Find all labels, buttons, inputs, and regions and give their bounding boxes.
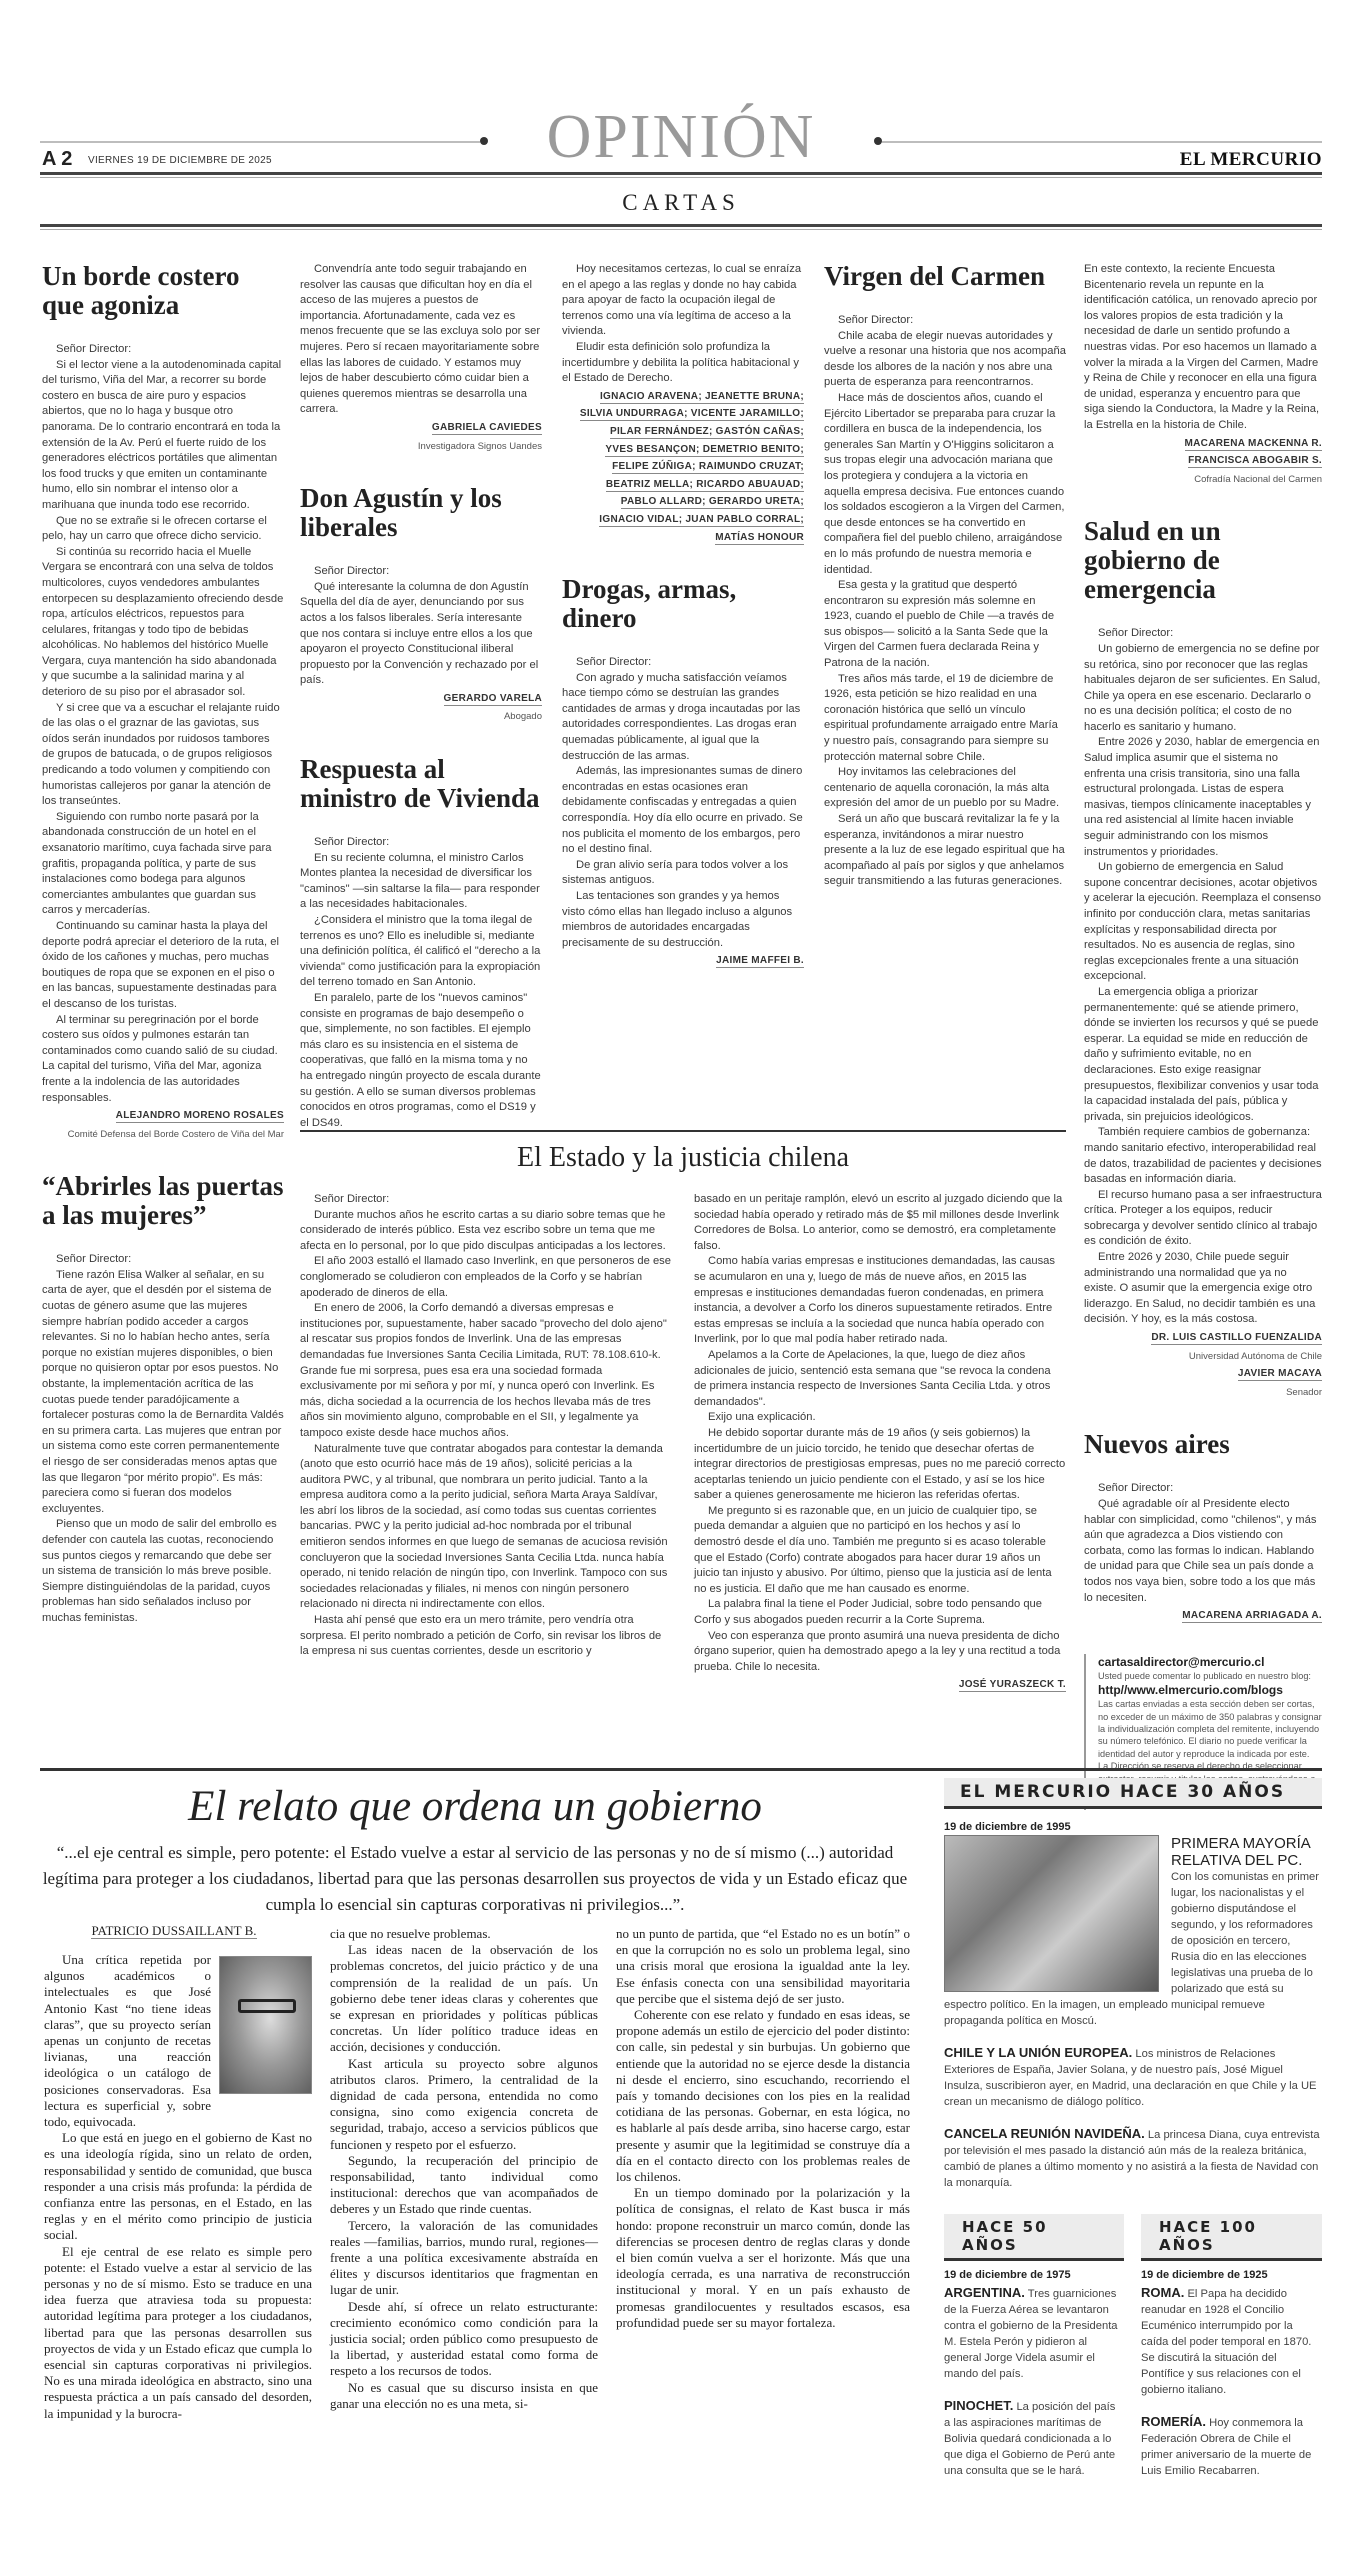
paragraph: Chile acaba de elegir nuevas autoridades… [824,329,1066,391]
letter-borde-costero: Un borde costero que agoniza Señor Direc… [42,262,284,1142]
hace-50-item: ARGENTINA. Tres guarniciones de la Fuerz… [944,2285,1124,2382]
column-title: El relato que ordena un gobierno [40,1782,910,1831]
letter-title: “Abrirles las puertas a las mujeres” [42,1172,284,1230]
letter-title: Nuevos aires [1084,1430,1322,1459]
column-2: Convendría ante todo seguir trabajando e… [300,262,542,1131]
item-headline: ARGENTINA. [944,2285,1025,2300]
paragraph: no un punto de partida, que “el Estado n… [616,1926,910,2007]
signature: IGNACIO ARAVENA; JEANETTE BRUNA; [600,391,804,404]
subsection-rule [40,224,1322,230]
paragraph: Será un año que buscará revitalizar la f… [824,812,1066,890]
archive-photo [944,1835,1159,1992]
paragraph: ¿Considera el ministro que la toma ilega… [300,913,542,991]
column-author: PATRICIO DUSSAILLANT B. [44,1923,304,1939]
paragraph: Lo que está en juego en el gobierno de K… [44,2130,312,2243]
item-headline: ROMA. [1141,2285,1184,2300]
paragraph: Señor Director: [300,1192,672,1208]
subsection-title: CARTAS [40,190,1322,216]
paragraph: El eje central de ese relato es simple p… [44,2244,312,2422]
paragraph: Hace más de doscientos años, cuando el E… [824,391,1066,578]
item-headline: ROMERÍA. [1141,2414,1206,2429]
paragraph: He debido soportar durante más de 19 año… [694,1426,1066,1504]
dateline: VIERNES 19 DE DICIEMBRE DE 2025 [88,155,272,166]
hace-100-date: 19 de diciembre de 1925 [1141,2269,1322,2281]
paragraph: Siguiendo con rumbo norte pasará por la … [42,810,284,919]
signature: SILVIA UNDURRAGA; VICENTE JARAMILLO; [580,408,804,421]
section-title: OPINIÓN [540,104,822,170]
signature-list: IGNACIO ARAVENA; JEANETTE BRUNA; SILVIA … [562,389,804,545]
paragraph: Hoy necesitamos certezas, lo cual se enr… [562,262,804,340]
signature: BEATRIZ MELLA; RICARDO ABUAUAD; [606,479,804,492]
author-photo [219,1956,312,2094]
blog-prompt: Usted puede comentar lo publicado en nue… [1098,1670,1322,1682]
affiliation: Abogado [300,709,542,725]
paragraph: Convendría ante todo seguir trabajando e… [300,262,542,418]
paragraph: Hoy invitamos las celebraciones del cent… [824,765,1066,812]
paragraph: Veo con esperanza que pronto asumirá una… [694,1629,1066,1676]
paragraph: Señor Director: [42,342,284,358]
email-link[interactable]: cartasaldirector@mercurio.cl [1098,1654,1322,1670]
paragraph: El recurso humano pasa a ser infraestruc… [1084,1188,1322,1250]
paragraph: basado en un peritaje ramplón, elevó un … [694,1192,1066,1254]
paragraph: Como había varias empresas e institucion… [694,1254,1066,1348]
paragraph: Las tentaciones son grandes y ya hemos v… [562,889,804,951]
paragraph: Me pregunto si es razonable que, en un j… [694,1504,1066,1598]
paragraph: En enero de 2006, la Corfo demandó a div… [300,1301,672,1441]
paragraph: También requiere cambios de gobernanza: … [1084,1125,1322,1187]
hace-50-date: 19 de diciembre de 1975 [944,2269,1124,2281]
masthead-dot-left [480,137,488,145]
letter-title: Don Agustín y los liberales [300,484,542,542]
letter-vivienda: Respuesta al ministro de Vivienda Señor … [300,755,542,1131]
signature: PABLO ALLARD; GERARDO URETA; [621,496,804,509]
paragraph: Señor Director: [1084,626,1322,642]
paragraph: Exijo una explicación. [694,1410,1066,1426]
paragraph: Además, las impresionantes sumas de dine… [562,764,804,858]
paragraph: No es casual que su discurso insista en … [330,2380,598,2412]
paragraph: Entre 2026 y 2030, Chile puede seguir ad… [1084,1250,1322,1328]
letter-drogas: Drogas, armas, dinero Señor Director: Co… [562,575,804,969]
paragraph: Al terminar su peregrinación por el bord… [42,1013,284,1107]
paragraph: En su reciente columna, el ministro Carl… [300,851,542,913]
signature: MACARENA MACKENNA R. [1185,438,1322,451]
hace-100-panel: HACE 100 AÑOS 19 de diciembre de 1925 RO… [1141,2214,1322,2479]
blog-link[interactable]: http//www.elmercurio.com/blogs [1098,1682,1322,1698]
item-headline: CANCELA REUNIÓN NAVIDEÑA. [944,2126,1145,2141]
paragraph: Qué interesante la columna de don Agustí… [300,580,542,689]
paragraph: Con agrado y mucha satisfacción veíamos … [562,671,804,765]
column-body-3: no un punto de partida, que “el Estado n… [616,1926,910,2331]
paragraph: Eludir esta definición solo profundiza l… [562,340,804,387]
column-5: En este contexto, la reciente Encuesta B… [1084,262,1322,1810]
hace-30-header: EL MERCURIO HACE 30 AÑOS [944,1778,1322,1809]
signature: FRANCISCA ABOGABIR S. [1188,455,1322,468]
paragraph: Tercero, la valoración de las comunidade… [330,2218,598,2299]
affiliation: Universidad Autónoma de Chile [1084,1349,1322,1365]
newspaper-brand: EL MERCURIO [1180,149,1322,171]
signature: JAVIER MACAYA [1238,1368,1322,1381]
masthead-dot-right [874,137,882,145]
paragraph: Pienso que un modo de salir del embrollo… [42,1517,284,1626]
affiliation: Comité Defensa del Borde Costero de Viña… [42,1127,284,1143]
paragraph: Esa gesta y la gratitud que despertó enc… [824,578,1066,672]
signature: JAIME MAFFEI B. [562,953,804,969]
column-3: Hoy necesitamos certezas, lo cual se enr… [562,262,804,969]
paragraph: Coherente con ese relato y fundado en es… [616,2007,910,2185]
signature: GERARDO VARELA [300,691,542,707]
paragraph: Kast articula su proyecto sobre algunos … [330,2056,598,2153]
hace-50-item: PINOCHET. La posición del país a las asp… [944,2398,1124,2479]
letter-salud: Salud en un gobierno de emergencia Señor… [1084,517,1322,1400]
masthead-rule-right [882,141,1322,143]
hace-50-panel: HACE 50 AÑOS 19 de diciembre de 1975 ARG… [944,2214,1124,2479]
paragraph: Señor Director: [42,1252,284,1268]
paragraph: Qué agradable oír al Presidente electo h… [1084,1497,1322,1606]
paragraph: Segundo, la recuperación del principio d… [330,2153,598,2218]
paragraph: De gran alivio sería para todos volver a… [562,858,804,889]
letter-agustin: Don Agustín y los liberales Señor Direct… [300,484,542,725]
letter-title: Un borde costero que agoniza [42,262,284,320]
hace-30-item: PRIMERA MAYORÍA RELATIVA DEL PC. Con los… [944,1835,1322,2029]
estado-top-rule [300,1130,1066,1132]
paragraph: Durante muchos años he escrito cartas a … [300,1208,672,1255]
paragraph: Tiene razón Elisa Walker al señalar, en … [42,1268,284,1518]
hace-30-item: CANCELA REUNIÓN NAVIDEÑA. La princesa Di… [944,2126,1322,2191]
paragraph: En un tiempo dominado por la polarizació… [616,2185,910,2331]
signature: GABRIELA CAVIEDES [300,420,542,436]
paragraph: cia que no resuelve problemas. [330,1926,598,1942]
paragraph: Si continúa su recorrido hacia el Muelle… [42,545,284,701]
hace-30-date: 19 de diciembre de 1995 [944,1821,1322,1833]
paragraph: Y si cree que va a escuchar el relajante… [42,701,284,810]
paragraph: El año 2003 estalló el llamado caso Inve… [300,1254,672,1301]
page-number: A 2 [42,148,72,171]
letter-title-estado: El Estado y la justicia chilena [300,1142,1066,1174]
paragraph: Naturalmente tuve que contratar abogados… [300,1442,672,1614]
paragraph: La palabra final la tiene el Poder Judic… [694,1597,1066,1628]
signature: ALEJANDRO MORENO ROSALES [42,1108,284,1124]
letter-nuevos-aires: Nuevos aires Señor Director: Qué agradab… [1084,1430,1322,1623]
item-text: El Papa ha decidido reanudar en 1928 el … [1141,2288,1311,2396]
hace-100-header: HACE 100 AÑOS [1141,2214,1322,2261]
signature: JOSÉ YURASZECK T. [694,1677,1066,1693]
glasses-icon [238,1999,296,2013]
paragraph: Hasta ahí pensé que esto era un mero trá… [300,1613,672,1660]
paragraph: Desde ahí, sí ofrece un relato estructur… [330,2299,598,2380]
paragraph: Señor Director: [300,835,542,851]
estado-col-1: Señor Director: Durante muchos años he e… [300,1192,672,1660]
paragraph: Señor Director: [824,313,1066,329]
item-headline: CHILE Y LA UNIÓN EUROPEA. [944,2045,1132,2060]
paragraph: La emergencia obliga a priorizar permane… [1084,985,1322,1125]
signature: IGNACIO VIDAL; JUAN PABLO CORRAL; [599,514,804,527]
signature: MATÍAS HONOUR [715,532,804,545]
signature: YVES BESANÇON; DEMETRIO BENITO; [605,444,804,457]
hace-30-item: CHILE Y LA UNIÓN EUROPEA. Los ministros … [944,2045,1322,2110]
letter-body: Señor Director: Si el lector viene a la … [42,342,284,1106]
paragraph: Una crítica repetida por algunos académi… [44,1952,312,2130]
hace-100-item: ROMA. El Papa ha decidido reanudar en 19… [1141,2285,1322,2398]
letter-title: Respuesta al ministro de Vivienda [300,755,542,813]
paragraph: Un gobierno de emergencia en Salud supon… [1084,860,1322,985]
paragraph: Apelamos a la Corte de Apelaciones, la q… [694,1348,1066,1410]
letter-virgen: Virgen del Carmen Señor Director: Chile … [824,262,1066,890]
item-text: Tres guarniciones de la Fuerza Aérea se … [944,2288,1118,2380]
paragraph: Entre 2026 y 2030, hablar de emergencia … [1084,735,1322,860]
paragraph: Tres años más tarde, el 19 de diciembre … [824,672,1066,766]
signature: DR. LUIS CASTILLO FUENZALIDA [1151,1332,1322,1345]
masthead-rule-left [40,141,480,143]
paragraph: Que no se extrañe si le ofrecen cortarse… [42,514,284,545]
paragraph: En paralelo, parte de los "nuevos camino… [300,991,542,1131]
column-body-1: Una crítica repetida por algunos académi… [44,1952,312,2422]
paragraph: Continuando su caminar hasta la playa de… [42,919,284,1013]
paragraph: En este contexto, la reciente Encuesta B… [1084,262,1322,434]
bottom-section-rule [40,1768,1322,1771]
affiliation: Investigadora Signos Uandes [300,439,542,455]
hace-50-header: HACE 50 AÑOS [944,2214,1124,2261]
affiliation: Senador [1084,1385,1322,1401]
paragraph: Las ideas nacen de la observación de los… [330,1942,598,2055]
paragraph: Un gobierno de emergencia no se define p… [1084,642,1322,736]
item-headline: PINOCHET. [944,2398,1013,2413]
paragraph: Señor Director: [562,655,804,671]
paragraph: Señor Director: [300,564,542,580]
header-rule [40,172,1322,178]
column-pull-quote: “...el eje central es simple, pero poten… [40,1840,910,1918]
letter-title: Drogas, armas, dinero [562,575,804,633]
affiliation: Cofradía Nacional del Carmen [1084,472,1322,488]
paragraph: Si el lector viene a la autodenominada c… [42,358,284,514]
paragraph: Señor Director: [1084,1481,1322,1497]
letter-mujeres: “Abrirles las puertas a las mujeres” Señ… [42,1172,284,1626]
signature: FELIPE ZÚÑIGA; RAIMUNDO CRUZAT; [612,461,804,474]
hace-30-panel: EL MERCURIO HACE 30 AÑOS 19 de diciembre… [944,1778,1322,2191]
column-body-2: cia que no resuelve problemas. Las ideas… [330,1926,598,2412]
signature: MACARENA ARRIAGADA A. [1084,1608,1322,1624]
column-1: Un borde costero que agoniza Señor Direc… [42,262,284,1627]
signature: PILAR FERNÁNDEZ; GASTÓN CAÑAS; [610,426,804,439]
hace-100-item: ROMERÍA. Hoy conmemora la Federación Obr… [1141,2414,1322,2479]
letter-title: Virgen del Carmen [824,262,1066,291]
letter-title: Salud en un gobierno de emergencia [1084,517,1322,604]
estado-col-2: basado en un peritaje ramplón, elevó un … [694,1192,1066,1693]
column-4: Virgen del Carmen Señor Director: Chile … [824,262,1066,890]
